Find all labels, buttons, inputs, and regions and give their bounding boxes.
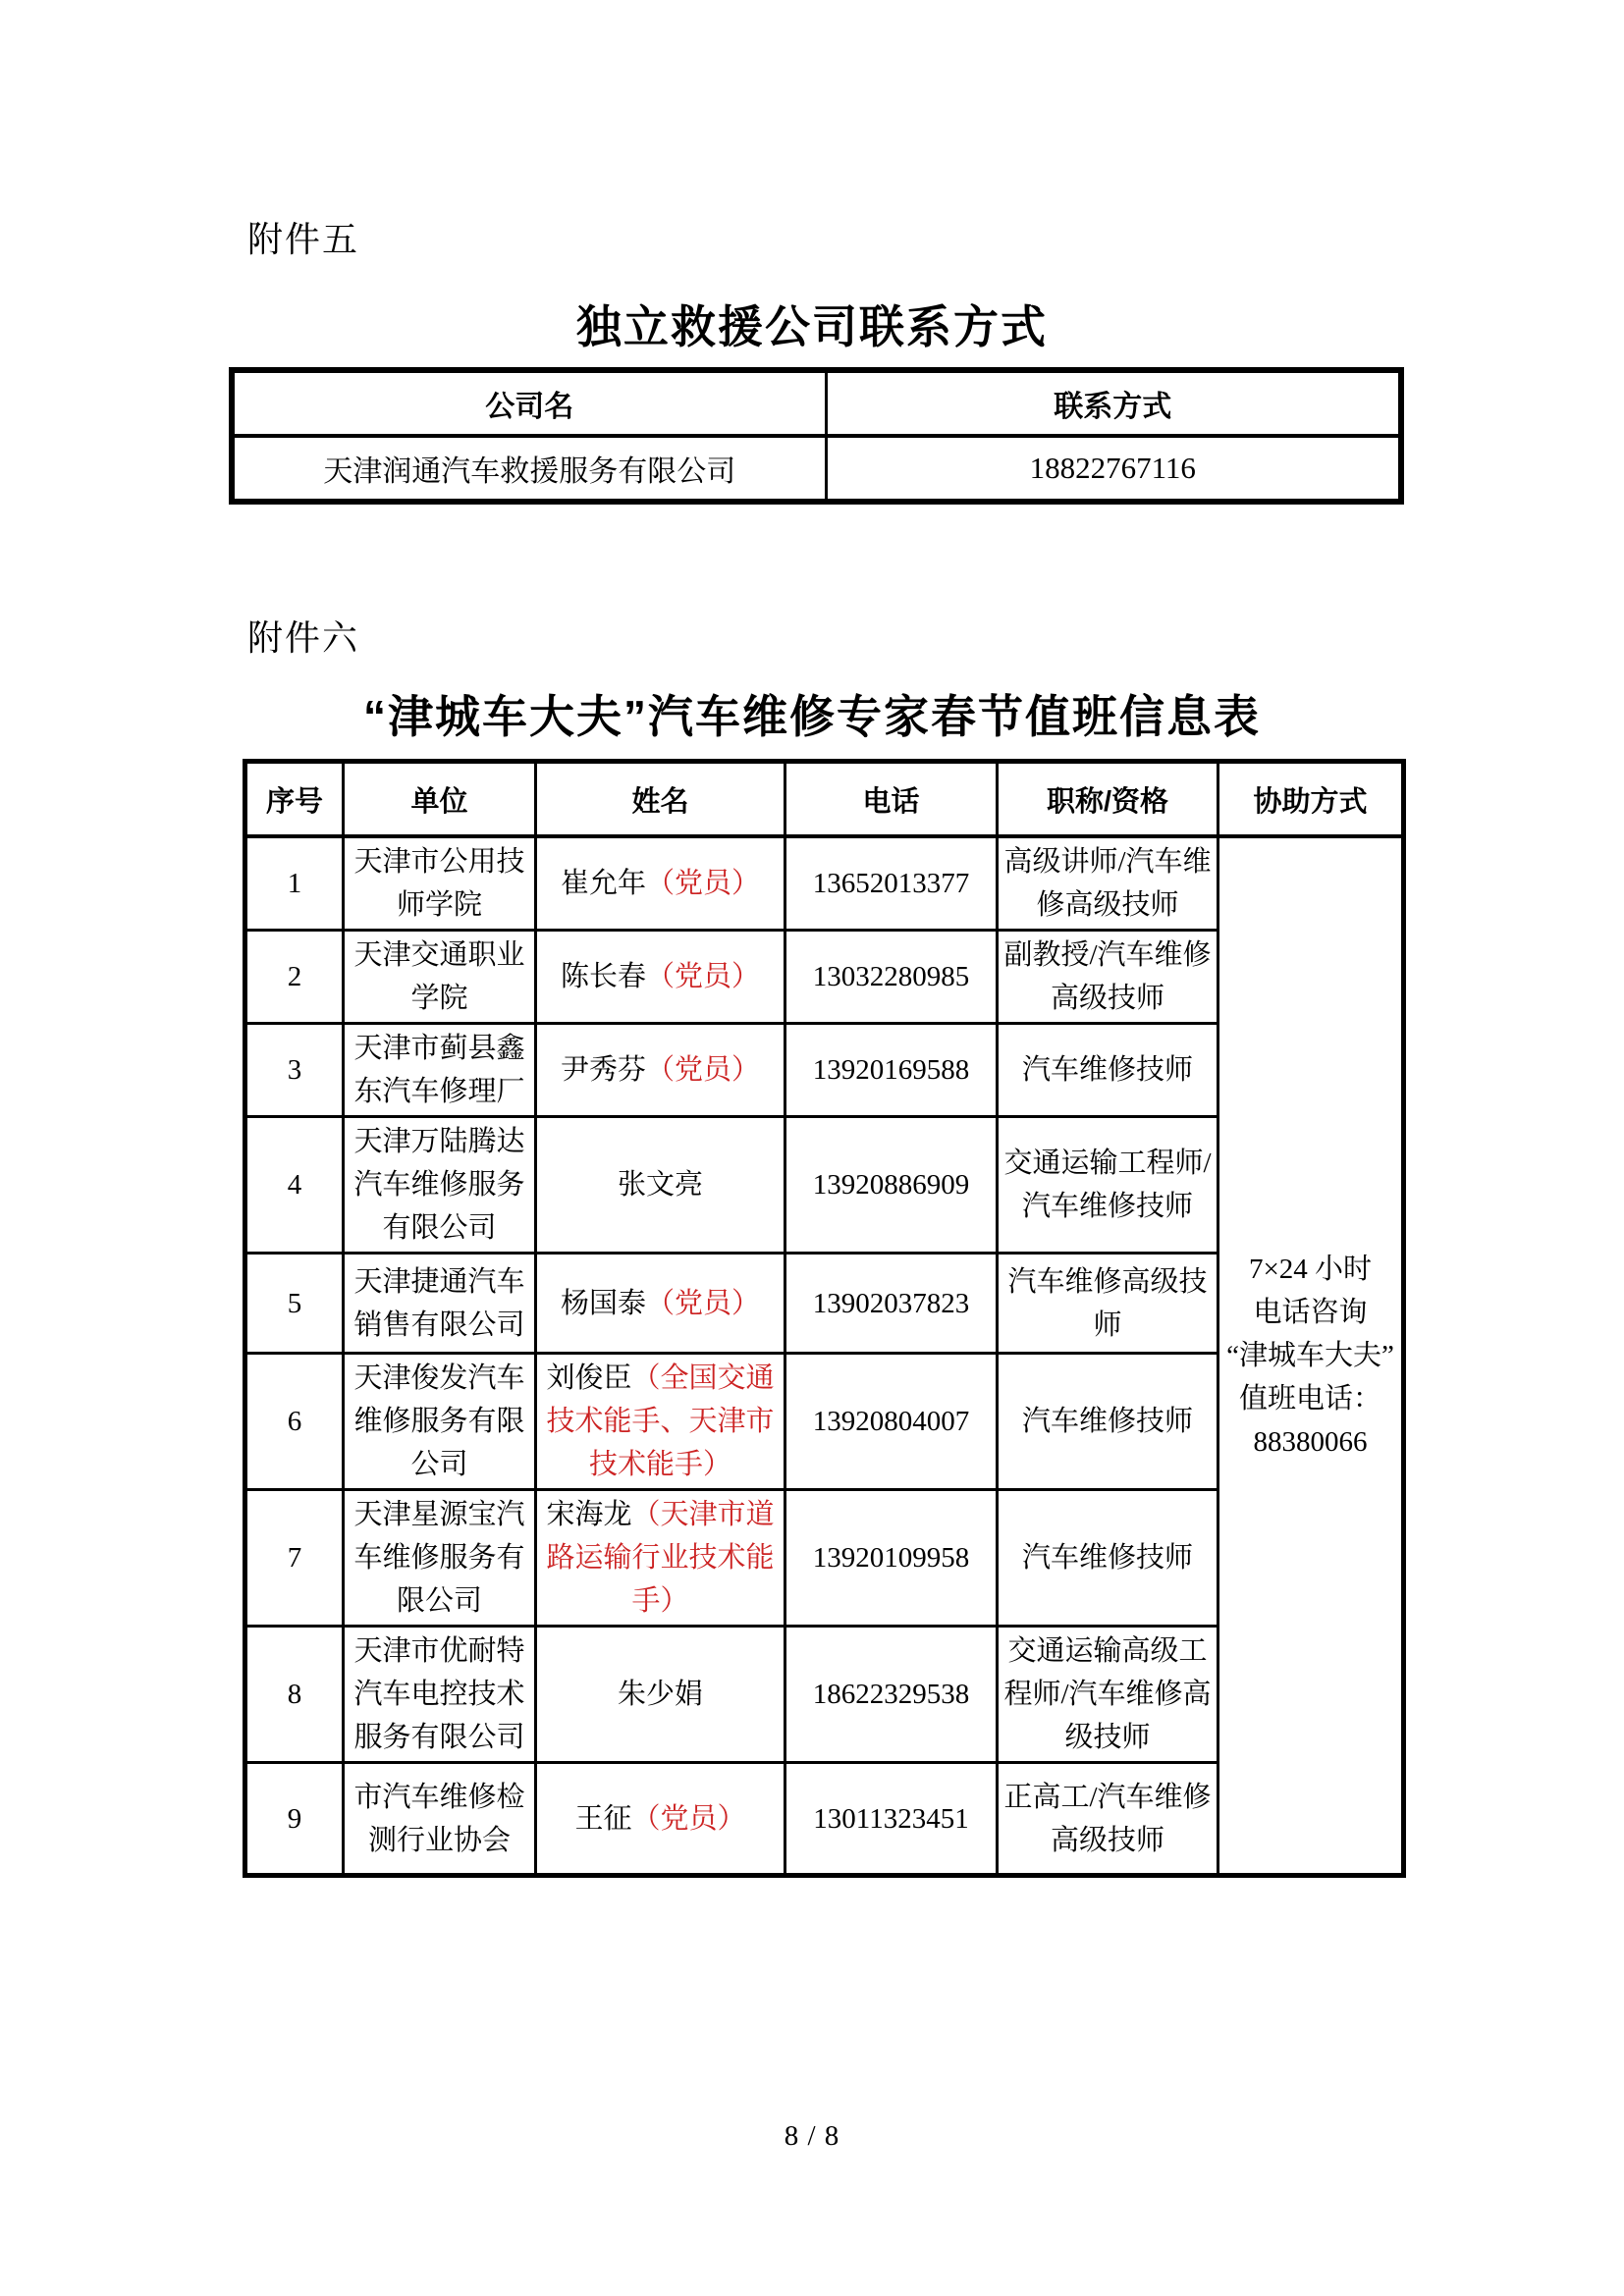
expert-unit-cell: 市汽车维修检测行业协会 — [344, 1763, 536, 1876]
experts-header-unit: 单位 — [344, 762, 536, 837]
expert-no-cell: 9 — [245, 1763, 344, 1876]
expert-name-cell: 陈长春（党员） — [536, 931, 785, 1024]
expert-name-text: 张文亮 — [618, 1169, 703, 1201]
expert-title-cell: 副教授/汽车维修高级技师 — [998, 931, 1218, 1024]
attachment5-title: 独立救援公司联系方式 — [0, 292, 1624, 356]
expert-name-text: 杨国泰 — [561, 1288, 646, 1319]
experts-duty-table: 序号 单位 姓名 电话 职称/资格 协助方式 1天津市公用技师学院崔允年（党员）… — [243, 759, 1406, 1878]
experts-header-title: 职称/资格 — [998, 762, 1218, 837]
assist-method-cell: 7×24 小时电话咨询“津城车大夫”值班电话：88380066 — [1218, 836, 1404, 1876]
expert-name-text: 朱少娟 — [618, 1679, 703, 1710]
expert-no-cell: 7 — [245, 1490, 344, 1627]
expert-no-cell: 6 — [245, 1354, 344, 1490]
expert-phone-cell: 13902037823 — [785, 1254, 998, 1354]
expert-phone-cell: 13920109958 — [785, 1490, 998, 1627]
expert-honor-note: （党员） — [646, 868, 760, 899]
assist-line: 电话咨询 — [1221, 1291, 1399, 1334]
expert-name-text: 崔允年 — [561, 868, 646, 899]
expert-row: 1天津市公用技师学院崔允年（党员）13652013377高级讲师/汽车维修高级技… — [245, 836, 1404, 931]
expert-title-cell: 正高工/汽车维修高级技师 — [998, 1763, 1218, 1876]
expert-phone-cell: 13652013377 — [785, 836, 998, 931]
expert-phone-cell: 13032280985 — [785, 931, 998, 1024]
expert-name-text: 陈长春 — [561, 961, 646, 992]
expert-phone-cell: 13920169588 — [785, 1024, 998, 1117]
expert-unit-cell: 天津星源宝汽车维修服务有限公司 — [344, 1490, 536, 1627]
expert-no-cell: 3 — [245, 1024, 344, 1117]
expert-name-text: 宋海龙 — [546, 1499, 631, 1530]
expert-name-text: 刘俊臣 — [546, 1362, 631, 1394]
expert-name-cell: 朱少娟 — [536, 1627, 785, 1763]
expert-unit-cell: 天津交通职业学院 — [344, 931, 536, 1024]
expert-no-cell: 4 — [245, 1117, 344, 1254]
experts-header-phone: 电话 — [785, 762, 998, 837]
expert-no-cell: 2 — [245, 931, 344, 1024]
expert-name-cell: 刘俊臣（全国交通技术能手、天津市技术能手） — [536, 1354, 785, 1490]
expert-name-cell: 张文亮 — [536, 1117, 785, 1254]
experts-header-name: 姓名 — [536, 762, 785, 837]
experts-header-assist: 协助方式 — [1218, 762, 1404, 837]
expert-phone-cell: 13920886909 — [785, 1117, 998, 1254]
expert-title-cell: 交通运输工程师/汽车维修技师 — [998, 1117, 1218, 1254]
expert-name-cell: 杨国泰（党员） — [536, 1254, 785, 1354]
expert-unit-cell: 天津捷通汽车销售有限公司 — [344, 1254, 536, 1354]
rescue-contact-cell: 18822767116 — [826, 436, 1401, 502]
expert-title-cell: 汽车维修高级技师 — [998, 1254, 1218, 1354]
experts-table-body: 1天津市公用技师学院崔允年（党员）13652013377高级讲师/汽车维修高级技… — [245, 836, 1404, 1876]
expert-name-cell: 宋海龙（天津市道路运输行业技术能手） — [536, 1490, 785, 1627]
expert-unit-cell: 天津万陆腾达汽车维修服务有限公司 — [344, 1117, 536, 1254]
page-number: 8 / 8 — [0, 2120, 1624, 2153]
rescue-data-row: 天津润通汽车救援服务有限公司 18822767116 — [232, 436, 1401, 502]
rescue-header-company: 公司名 — [232, 370, 826, 436]
expert-name-text: 王征 — [574, 1803, 631, 1835]
expert-unit-cell: 天津市蓟县鑫东汽车修理厂 — [344, 1024, 536, 1117]
expert-no-cell: 8 — [245, 1627, 344, 1763]
experts-header-no: 序号 — [245, 762, 344, 837]
assist-line: 值班电话： — [1221, 1377, 1399, 1420]
attachment6-label: 附件六 — [247, 611, 359, 661]
expert-honor-note: （党员） — [646, 1054, 760, 1086]
rescue-company-table: 公司名 联系方式 天津润通汽车救援服务有限公司 18822767116 — [229, 367, 1404, 505]
expert-honor-note: （党员） — [632, 1803, 746, 1835]
attachment5-label: 附件五 — [247, 212, 359, 262]
expert-name-cell: 崔允年（党员） — [536, 836, 785, 931]
expert-no-cell: 1 — [245, 836, 344, 931]
rescue-header-contact: 联系方式 — [826, 370, 1401, 436]
expert-name-cell: 王征（党员） — [536, 1763, 785, 1876]
expert-unit-cell: 天津市优耐特汽车电控技术服务有限公司 — [344, 1627, 536, 1763]
expert-name-cell: 尹秀芬（党员） — [536, 1024, 785, 1117]
document-page: 附件五 独立救援公司联系方式 公司名 联系方式 天津润通汽车救援服务有限公司 1… — [0, 0, 1624, 2296]
assist-line: “津城车大夫” — [1221, 1334, 1399, 1377]
expert-no-cell: 5 — [245, 1254, 344, 1354]
expert-title-cell: 汽车维修技师 — [998, 1490, 1218, 1627]
expert-phone-cell: 18622329538 — [785, 1627, 998, 1763]
expert-title-cell: 交通运输高级工程师/汽车维修高级技师 — [998, 1627, 1218, 1763]
expert-honor-note: （党员） — [646, 961, 760, 992]
attachment6-title: “津城车大夫”汽车维修专家春节值班信息表 — [0, 681, 1624, 746]
expert-unit-cell: 天津市公用技师学院 — [344, 836, 536, 931]
expert-name-text: 尹秀芬 — [561, 1054, 646, 1086]
experts-header-row: 序号 单位 姓名 电话 职称/资格 协助方式 — [245, 762, 1404, 837]
expert-phone-cell: 13920804007 — [785, 1354, 998, 1490]
expert-phone-cell: 13011323451 — [785, 1763, 998, 1876]
expert-honor-note: （党员） — [646, 1288, 760, 1319]
expert-title-cell: 汽车维修技师 — [998, 1024, 1218, 1117]
assist-line: 7×24 小时 — [1221, 1248, 1399, 1291]
rescue-company-cell: 天津润通汽车救援服务有限公司 — [232, 436, 826, 502]
expert-title-cell: 高级讲师/汽车维修高级技师 — [998, 836, 1218, 931]
expert-title-cell: 汽车维修技师 — [998, 1354, 1218, 1490]
expert-unit-cell: 天津俊发汽车维修服务有限公司 — [344, 1354, 536, 1490]
rescue-header-row: 公司名 联系方式 — [232, 370, 1401, 436]
assist-line: 88380066 — [1221, 1420, 1399, 1464]
